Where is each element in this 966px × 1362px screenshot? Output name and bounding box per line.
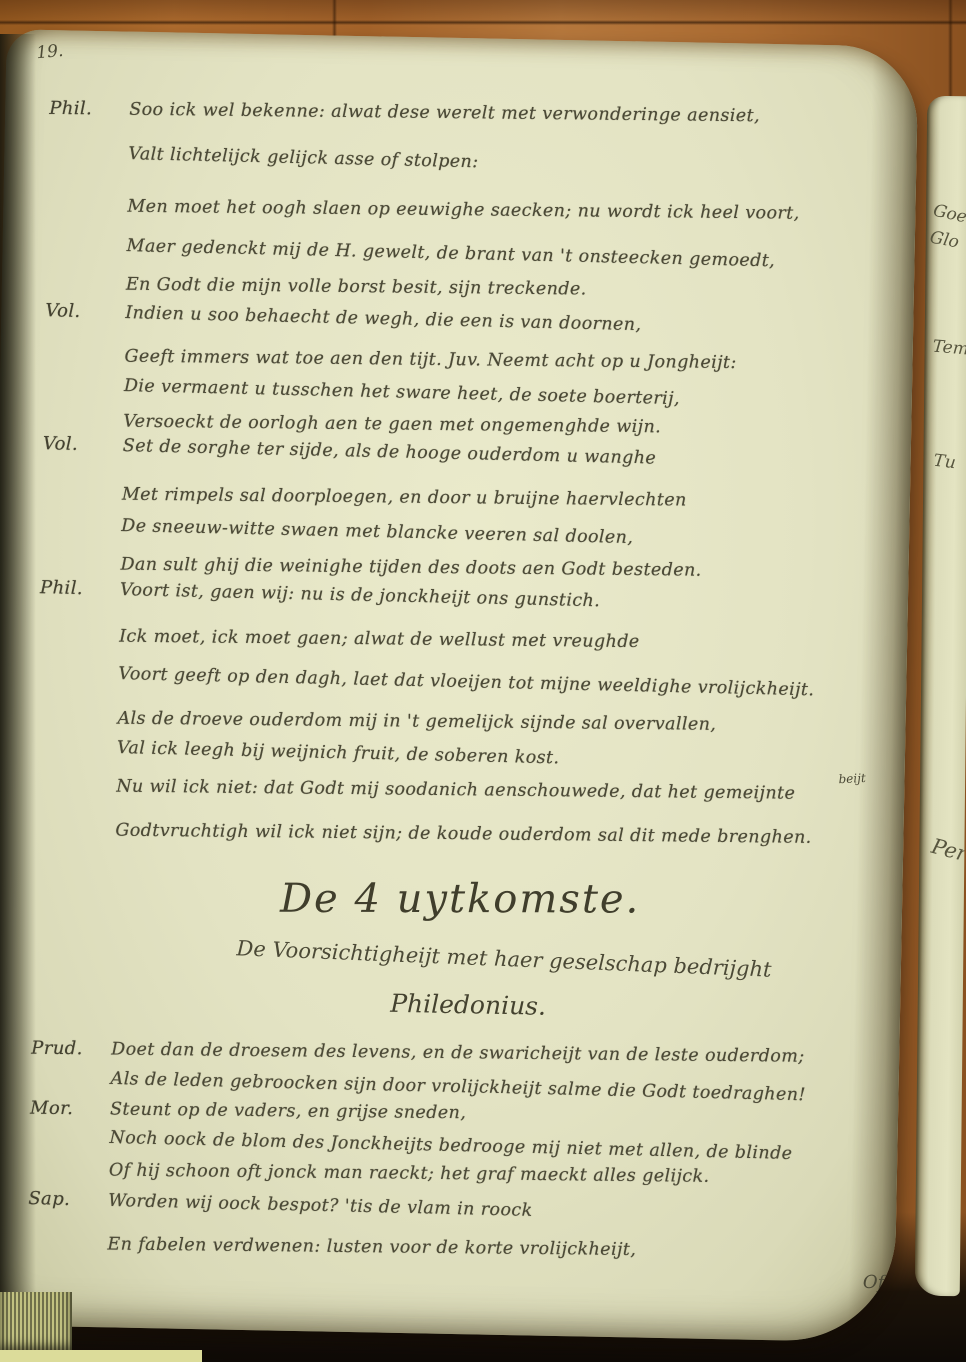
wood-plank-seam (948, 0, 953, 110)
line-text: Ick moet, ick moet gaen; alwat de wellus… (119, 627, 640, 652)
book-leaf-edge-shadow (0, 34, 36, 1346)
line-text: Dan sult ghij die weinighe tijden des do… (120, 555, 701, 581)
text-line: Of hij schoon oft jonck man raeckt; het … (29, 1160, 897, 1189)
line-text: Versoeckt de oorlogh aen te gaen met ong… (123, 412, 661, 438)
speaker-label (27, 1249, 107, 1250)
line-text: Set de sorghe ter sijde, als de hooge ou… (123, 436, 657, 469)
text-line: Als de droeve ouderdom mij in 't gemelij… (37, 708, 905, 737)
text-line: Voort geeft op den dagh, laet dat vloeij… (38, 662, 906, 702)
text-line: Ick moet, ick moet gaen; alwat de wellus… (39, 626, 907, 655)
speaker-label (47, 249, 127, 251)
line-text: Geeft immers wat toe aen den tijt. Juv. … (124, 347, 736, 373)
speaker-label (39, 641, 119, 642)
line-text: Als de droeve ouderdom mij in 't gemelij… (117, 709, 716, 735)
line-text: Of hij schoon oft jonck man raeckt; het … (109, 1161, 710, 1187)
text-line: Sap.Worden wij oock bespot? 'tis de vlam… (28, 1188, 896, 1229)
line-text: Soo ick wel bekenne: alwat dese werelt m… (129, 100, 760, 127)
line-text: Noch oock de blom des Jonckheijts bedroo… (109, 1128, 792, 1164)
act-heading: De 4 uytkomste. (180, 876, 740, 923)
line-text: Voort ist, gaen wij: nu is de jonckheijt… (120, 580, 601, 611)
text-line: Die vermaent u tusschen het sware heet, … (44, 374, 912, 414)
manuscript-page: 19. Phil.Soo ick wel bekenne: alwat dese… (0, 29, 919, 1342)
speaker-label (35, 835, 115, 836)
speaker-label (41, 529, 121, 531)
wood-plank-seam (0, 20, 966, 25)
facing-page-edge: Goe Glo Tem Tu Per (915, 96, 966, 1296)
text-line: Vol.Indien u soo behaecht de wegh, die e… (45, 300, 913, 341)
speaker-label (29, 1141, 109, 1143)
line-text: Met rimpels sal doorploegen, en door u b… (122, 485, 687, 511)
line-text: Godtvruchtigh wil ick niet sijn; de koud… (115, 821, 811, 848)
speaker-label (38, 677, 118, 679)
text-line: Men moet het oogh slaen op eeuwighe saec… (47, 196, 915, 225)
text-line: Val ick leegh bij weijnich fruit, de sob… (37, 736, 905, 776)
line-text: Val ick leegh bij weijnich fruit, de sob… (117, 738, 560, 768)
line-text: Indien u soo behaecht de wegh, die een i… (125, 303, 642, 335)
page-block-fore-edge (0, 1292, 72, 1356)
text-line: En Godt die mijn volle borst besit, sijn… (46, 274, 914, 303)
page-number: 19. (36, 41, 65, 63)
interlinear-insert: beijt (838, 771, 866, 786)
line-text: Voort geeft op den dagh, laet dat vloeij… (118, 664, 814, 700)
facing-page-fragment: Glo (928, 227, 960, 252)
catchword: Of (863, 1272, 885, 1293)
speaker-label (40, 569, 120, 570)
photo-of-manuscript: Goe Glo Tem Tu Per 19. Phil.Soo ick wel … (0, 0, 966, 1362)
speaker-label (29, 1175, 109, 1176)
speaker-label (46, 289, 126, 290)
speaker-label (36, 791, 116, 792)
facing-page-fragment: Tem (932, 337, 966, 360)
line-text: Nu wil ick niet: dat Godt mij soodanich … (116, 777, 795, 804)
character-name: Philedonius. (268, 986, 668, 1023)
text-line: Geeft immers wat toe aen den tijt. Juv. … (44, 346, 912, 375)
text-line: Vol.Set de sorghe ter sijde, als de hoog… (43, 433, 911, 474)
text-line: Valt lichtelijck gelijck asse of stolpen… (48, 142, 916, 182)
line-text: Worden wij oock bespot? 'tis de vlam in … (108, 1191, 533, 1221)
speaker-label: Sap. (28, 1188, 108, 1211)
text-line: Maer gedenckt mij de H. gewelt, de brant… (46, 234, 914, 274)
line-text: Valt lichtelijck gelijck asse of stolpen… (128, 144, 479, 172)
text-line: Godtvruchtigh wil ick niet sijn; de koud… (35, 820, 903, 849)
speaker-label (31, 1082, 111, 1084)
speaker-label: Phil. (49, 98, 129, 120)
line-text: Die vermaent u tusschen het sware heet, … (124, 376, 680, 409)
speaker-label (43, 426, 123, 427)
speaker-label: Mor. (30, 1098, 110, 1120)
facing-page-fragment: Tu (932, 451, 956, 473)
facing-page-fragment: Goe (931, 201, 966, 228)
text-line: Nu wil ick niet: dat Godt mij soodanich … (36, 776, 904, 805)
line-text: Men moet het oogh slaen op eeuwighe saec… (127, 197, 799, 224)
text-line: De sneeuw-witte swaen met blancke veeren… (41, 514, 909, 554)
text-line: Prud.Doet dan de droesem des levens, en … (31, 1038, 899, 1068)
line-text: En Godt die mijn volle borst besit, sijn… (126, 275, 587, 300)
text-line: Phil.Voort ist, gaen wij: nu is de jonck… (40, 577, 908, 618)
act-subtitle: De Voorsichtigheijt met haer geselschap … (154, 933, 854, 985)
table-edge-highlight (0, 1350, 202, 1362)
text-line: Dan sult ghij die weinighe tijden des do… (40, 554, 908, 583)
text-line: Met rimpels sal doorploegen, en door u b… (42, 484, 910, 513)
line-text: Doet dan de droesem des levens, en de sw… (111, 1040, 805, 1067)
speaker-label (48, 157, 128, 159)
speaker-label (37, 751, 117, 753)
line-text: Steunt op de vaders, en grijse sneden, (110, 1100, 466, 1124)
speaker-label (44, 389, 124, 391)
line-text: En fabelen verdwenen: lusten voor de kor… (107, 1234, 636, 1260)
speaker-label (47, 211, 127, 212)
speaker-label: Vol. (45, 300, 125, 323)
speaker-label (42, 499, 122, 500)
speaker-label: Prud. (31, 1038, 111, 1060)
speaker-label (44, 361, 124, 362)
line-text: Maer gedenckt mij de H. gewelt, de brant… (126, 236, 775, 271)
text-line: Phil.Soo ick wel bekenne: alwat dese wer… (49, 98, 917, 128)
facing-page-fragment: Per (929, 834, 966, 866)
speaker-label: Phil. (40, 577, 120, 600)
speaker-label (38, 723, 118, 724)
text-line: En fabelen verdwenen: lusten voor de kor… (27, 1234, 895, 1263)
line-text: De sneeuw-witte swaen met blancke veeren… (121, 516, 634, 548)
speaker-label: Vol. (43, 433, 123, 456)
